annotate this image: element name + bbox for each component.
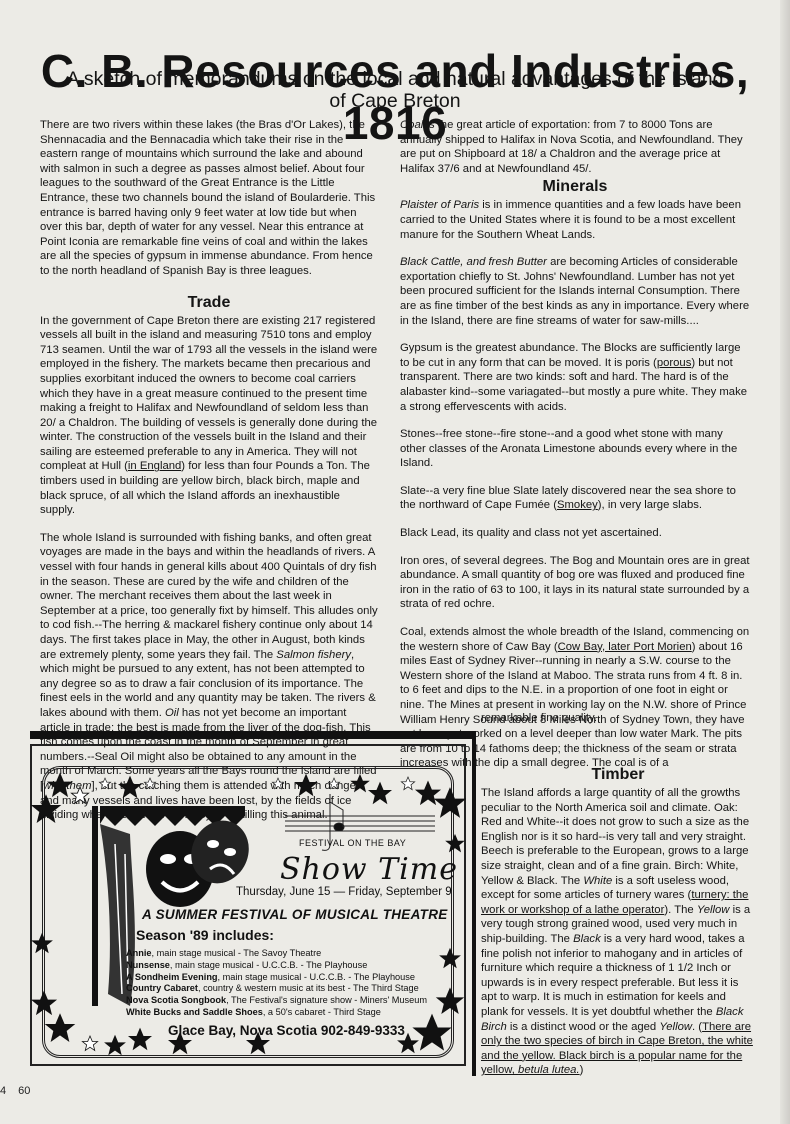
timber-heading: Timber — [481, 764, 755, 786]
show-item: Annie, main stage musical - The Savoy Th… — [126, 948, 427, 960]
showtime-logo: Show Time — [280, 852, 458, 887]
page-footer: 460 — [0, 1085, 30, 1097]
show-item: A Sondheim Evening, main stage musical -… — [126, 972, 427, 984]
show-item: Country Cabaret, country & western music… — [126, 983, 427, 995]
show-item: Nunsense, main stage musical - U.C.C.B. … — [126, 960, 427, 972]
gypsum-paragraph: Gypsum is the greatest abundance. The Bl… — [400, 341, 750, 414]
page-edge-shadow — [780, 0, 790, 1124]
intro-paragraph: There are two rivers within these lakes … — [40, 118, 378, 279]
plaister-paragraph: Plaister of Paris is in immence quantiti… — [400, 198, 750, 242]
editor-note: Cow Bay, later Port Morien — [558, 641, 692, 653]
coal-seam-paragraph-end: remarkable fine quality. — [481, 712, 597, 724]
iron-paragraph: Iron ores, of several degrees. The Bog a… — [400, 554, 750, 612]
editor-note: in England — [128, 460, 181, 472]
festival-name: FESTIVAL ON THE BAY — [299, 838, 406, 848]
show-item: White Bucks and Saddle Shoes, a 50's cab… — [126, 1007, 427, 1019]
timber-section: Timber The Island affords a large quanti… — [481, 764, 755, 1091]
cattle-paragraph: Black Cattle, and fresh Butter are becom… — [400, 255, 750, 328]
editor-note: Smokey — [557, 499, 598, 511]
ad-right-rule — [472, 731, 476, 1076]
ad-top-rule — [30, 731, 474, 739]
trade-heading: Trade — [40, 292, 378, 314]
page-number: 60 — [18, 1085, 30, 1097]
timber-paragraph: The Island affords a large quantity of a… — [481, 786, 755, 1078]
festival-contact: Glace Bay, Nova Scotia 902-849-9333 — [168, 1023, 405, 1038]
lead-paragraph: Black Lead, its quality and class not ye… — [400, 526, 750, 541]
left-column: There are two rivers within these lakes … — [40, 118, 378, 836]
stones-paragraph: Stones--free stone--fire stone--and a go… — [400, 427, 750, 471]
show-list: Annie, main stage musical - The Savoy Th… — [126, 948, 427, 1019]
season-heading: Season '89 includes: — [136, 927, 274, 943]
margin-mark: 4 — [0, 1085, 6, 1097]
trade-paragraph-1: In the government of Cape Breton there a… — [40, 314, 378, 518]
coal-export-paragraph: Coal is the great article of exportation… — [400, 118, 750, 176]
right-column: Coal is the great article of exportation… — [400, 118, 750, 771]
show-item: Nova Scotia Songbook, The Festival's sig… — [126, 995, 427, 1007]
article-subtitle: A sketch of memorandums on the local and… — [60, 68, 730, 112]
editor-note: porous — [657, 357, 692, 369]
slate-paragraph: Slate--a very fine blue Slate lately dis… — [400, 484, 750, 513]
festival-tagline: A SUMMER FESTIVAL OF MUSICAL THEATRE — [142, 907, 448, 922]
minerals-heading: Minerals — [400, 176, 750, 198]
festival-dates: Thursday, June 15 — Friday, September 9 — [236, 886, 452, 898]
